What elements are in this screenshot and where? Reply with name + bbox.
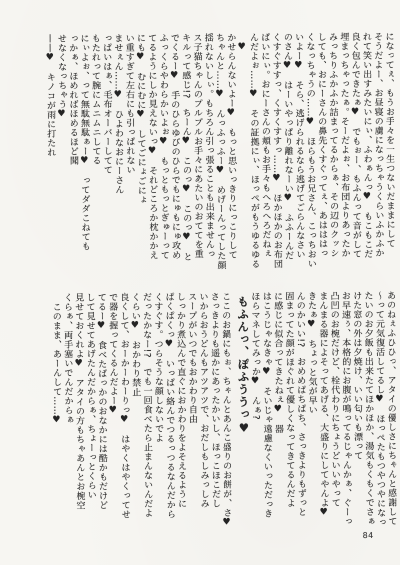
scanned-novel-page: になってぇ、もうお手々を一生つないだままにして そうだよー、お昼寝の虜になっちゃ… — [0, 0, 400, 565]
upper-text-section: になってぇ、もうお手々を一生つないだままにして そうだよー、お昼寝の虜になっちゃ… — [41, 32, 394, 274]
lower-text-section-left: ここのお鍋にもぉ、ちゃんとあんこ盛りのお餅が、さ♥ さっきよりも遥かにあったかい… — [46, 292, 232, 551]
scan-skew-wrapper: になってぇ、もうお手々を一生つないだままにして そうだよー、お昼寝の虜になっちゃ… — [0, 0, 400, 565]
page-number: 84 — [363, 531, 374, 540]
sfx-emphasis-column: もふんっ、ぽふううっ♥ — [230, 296, 250, 550]
lower-text-section-right: あのねぇふひひっ、アタイの優しさにちゃんと感謝して 〜って元気復活してるし♥ ほ… — [247, 291, 397, 550]
